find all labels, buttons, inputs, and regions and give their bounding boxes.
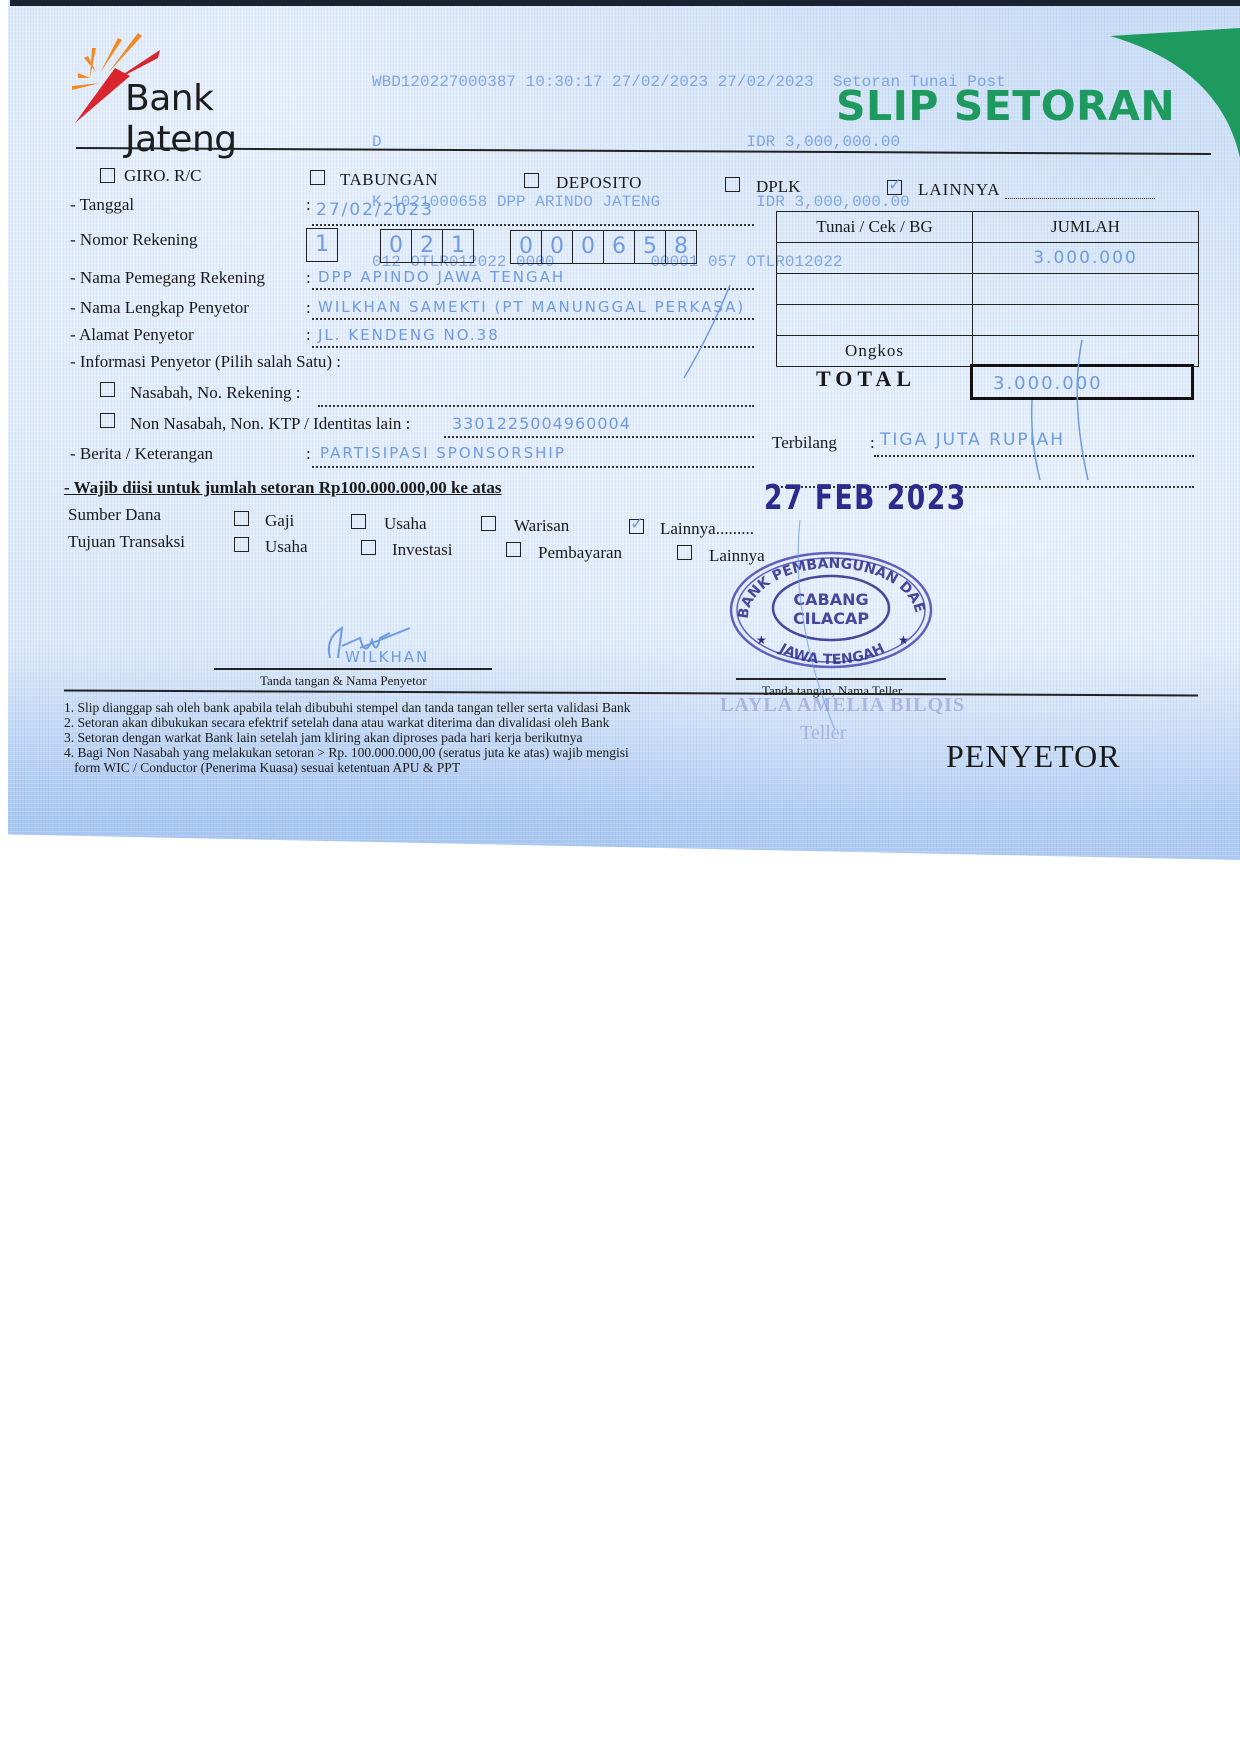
account-digit-box[interactable]: 0 [380, 229, 412, 263]
account-digit-box[interactable]: 2 [411, 229, 443, 263]
nomor-rekening-label: - Nomor Rekening [70, 230, 197, 250]
option-label: Investasi [392, 540, 452, 560]
lainnya-line [1005, 198, 1155, 199]
date-stamp: 27 FEB 2023 [764, 478, 967, 518]
note-item: 4. Bagi Non Nasabah yang melakukan setor… [64, 745, 630, 760]
account-digit-box[interactable]: 0 [541, 230, 573, 264]
table-header-row: Tunai / Cek / BG JUMLAH [777, 212, 1199, 243]
checkbox-lainnya[interactable] [887, 180, 902, 195]
checkbox-tabungan[interactable] [310, 170, 325, 185]
teller-role-stamp: Teller [800, 722, 846, 745]
colon: : [306, 325, 311, 345]
table-row-ongkos: Ongkos [777, 336, 1199, 367]
tanggal-label: - Tanggal [70, 195, 134, 215]
berita-label: - Berita / Keterangan [70, 444, 213, 464]
total-amount-box[interactable]: 3.000.000 [970, 364, 1194, 400]
option-label: Usaha [384, 514, 426, 534]
checkbox-tujuan-pembayaran[interactable] [506, 542, 521, 557]
teller-signature-line [736, 678, 946, 680]
tanggal-line [312, 224, 754, 226]
nama-penyetor-value[interactable]: WILKHAN SAMEKTI (PT MANUNGGAL PERKASA) [318, 298, 745, 316]
bank-seal-stamp: PT. BANK PEMBANGUNAN DAERAH JAWA TENGAH … [726, 548, 936, 670]
colon: : [306, 298, 311, 318]
colon: : [870, 433, 875, 453]
colon: : [306, 444, 311, 464]
seal-inner-line: CILACAP [793, 609, 869, 628]
notes-list: 1. Slip dianggap sah oleh bank apabila t… [64, 700, 630, 775]
alamat-line [312, 346, 754, 348]
ongkos-label: Ongkos [777, 336, 973, 367]
account-digit-box[interactable]: 1 [442, 229, 474, 263]
option-label: Lainnya......... [660, 519, 754, 539]
terbilang-line [874, 455, 1194, 457]
tanggal-value[interactable]: 27/02/2023 [316, 200, 434, 220]
scan-edge [10, 0, 1240, 6]
checkbox-deposito[interactable] [524, 173, 539, 188]
header-tunai: Tunai / Cek / BG [777, 212, 973, 243]
nasabah-label: Nasabah, No. Rekening : [130, 383, 300, 403]
row-type[interactable] [777, 305, 973, 336]
non-nasabah-label: Non Nasabah, Non. KTP / Identitas lain : [130, 414, 410, 434]
row-amount[interactable] [973, 305, 1199, 336]
colon: : [306, 195, 311, 215]
ongkos-amount[interactable] [973, 336, 1199, 367]
account-digit-box[interactable]: 6 [603, 230, 635, 264]
account-type-lainnya: LAINNYA [918, 180, 1001, 200]
header-jumlah: JUMLAH [973, 212, 1199, 243]
checkbox-sumber-warisan[interactable] [481, 516, 496, 531]
note-item: 3. Setoran dengan warkat Bank lain setel… [64, 730, 630, 745]
account-type-deposito: DEPOSITO [556, 173, 642, 193]
validation-line: K 1021000658 DPP ARINDO JATENG IDR 3,000… [372, 192, 1006, 212]
table-row [777, 274, 1199, 305]
sumber-dana-label: Sumber Dana [68, 505, 161, 525]
berita-value[interactable]: PARTISIPASI SPONSORSHIP [320, 444, 566, 462]
checkbox-giro[interactable] [100, 168, 115, 183]
informasi-label: - Informasi Penyetor (Pilih salah Satu) … [70, 352, 341, 372]
option-label: Pembayaran [538, 543, 622, 563]
checkbox-sumber-usaha[interactable] [351, 514, 366, 529]
account-type-tabungan: TABUNGAN [340, 170, 438, 190]
amount-value: 3.000.000 [1033, 248, 1138, 268]
nama-penyetor-label: - Nama Lengkap Penyetor [70, 298, 249, 318]
account-type-giro: GIRO. R/C [124, 166, 201, 186]
note-item: 1. Slip dianggap sah oleh bank apabila t… [64, 700, 630, 715]
row-type[interactable] [777, 274, 973, 305]
table-row: 3.000.000 [777, 243, 1199, 274]
mandatory-title: - Wajib diisi untuk jumlah setoran Rp100… [64, 478, 502, 498]
nama-penyetor-line [312, 318, 754, 320]
nama-pemegang-line [312, 288, 754, 290]
total-value: 3.000.000 [993, 373, 1103, 394]
checkbox-non-nasabah[interactable] [100, 413, 115, 428]
option-label: Warisan [514, 516, 569, 536]
star-icon: ★ [756, 633, 767, 647]
scan-margin [0, 0, 8, 845]
account-type-dplk: DPLK [756, 177, 800, 197]
account-digit-box[interactable]: 0 [510, 230, 542, 264]
alamat-label: - Alamat Penyetor [70, 325, 194, 345]
star-icon: ★ [898, 633, 909, 647]
signature-line [214, 668, 492, 670]
teller-name-stamp: LAYLA AMELIA BILQIS [720, 694, 965, 717]
checkbox-sumber-gaji[interactable] [234, 511, 249, 526]
non-nasabah-value[interactable]: 3301225004960004 [452, 414, 631, 433]
berita-line [312, 466, 754, 468]
non-nasabah-line [444, 436, 754, 438]
checkbox-nasabah[interactable] [100, 382, 115, 397]
note-item: form WIC / Conductor (Penerima Kuasa) se… [64, 760, 630, 775]
amount-table: Tunai / Cek / BG JUMLAH 3.000.000 Ongkos [776, 211, 1199, 367]
depositor-signature-caption: Tanda tangan & Nama Penyetor [260, 673, 427, 689]
table-row [777, 305, 1199, 336]
option-label: Gaji [265, 511, 294, 531]
option-label: Usaha [265, 537, 307, 557]
checkbox-tujuan-investasi[interactable] [361, 540, 376, 555]
nama-pemegang-value[interactable]: DPP APINDO JAWA TENGAH [318, 268, 565, 286]
nama-pemegang-label: - Nama Pemegang Rekening [70, 268, 265, 288]
row-amount[interactable] [973, 274, 1199, 305]
account-digit-box[interactable]: 8 [665, 230, 697, 264]
account-digit-box[interactable]: 5 [634, 230, 666, 264]
alamat-value[interactable]: JL. KENDENG NO.38 [318, 326, 500, 344]
terbilang-label: Terbilang [772, 433, 837, 453]
colon: : [306, 268, 311, 288]
terbilang-value[interactable]: TIGA JUTA RUPIAH [880, 430, 1065, 450]
account-digit-box[interactable]: 0 [572, 230, 604, 264]
copy-label: PENYETOR [946, 738, 1121, 775]
account-digit-box[interactable]: 1 [306, 228, 338, 262]
bank-logo: Bank Jateng [70, 28, 330, 138]
checkbox-tujuan-lainnya[interactable] [677, 545, 692, 560]
seal-inner-line: CABANG [793, 590, 868, 609]
depositor-name: WILKHAN [345, 648, 429, 666]
tujuan-transaksi-label: Tujuan Transaksi [68, 532, 185, 552]
row-amount[interactable]: 3.000.000 [973, 243, 1199, 274]
total-label: TOTAL [816, 366, 916, 392]
checkbox-tujuan-usaha[interactable] [234, 537, 249, 552]
checkbox-dplk[interactable] [725, 177, 740, 192]
nasabah-line [318, 405, 754, 407]
checkbox-sumber-lainnya[interactable] [629, 519, 644, 534]
note-item: 2. Setoran akan dibukukan secara efektri… [64, 715, 630, 730]
form-title: SLIP SETORAN [836, 82, 1175, 130]
row-type[interactable] [777, 243, 973, 274]
